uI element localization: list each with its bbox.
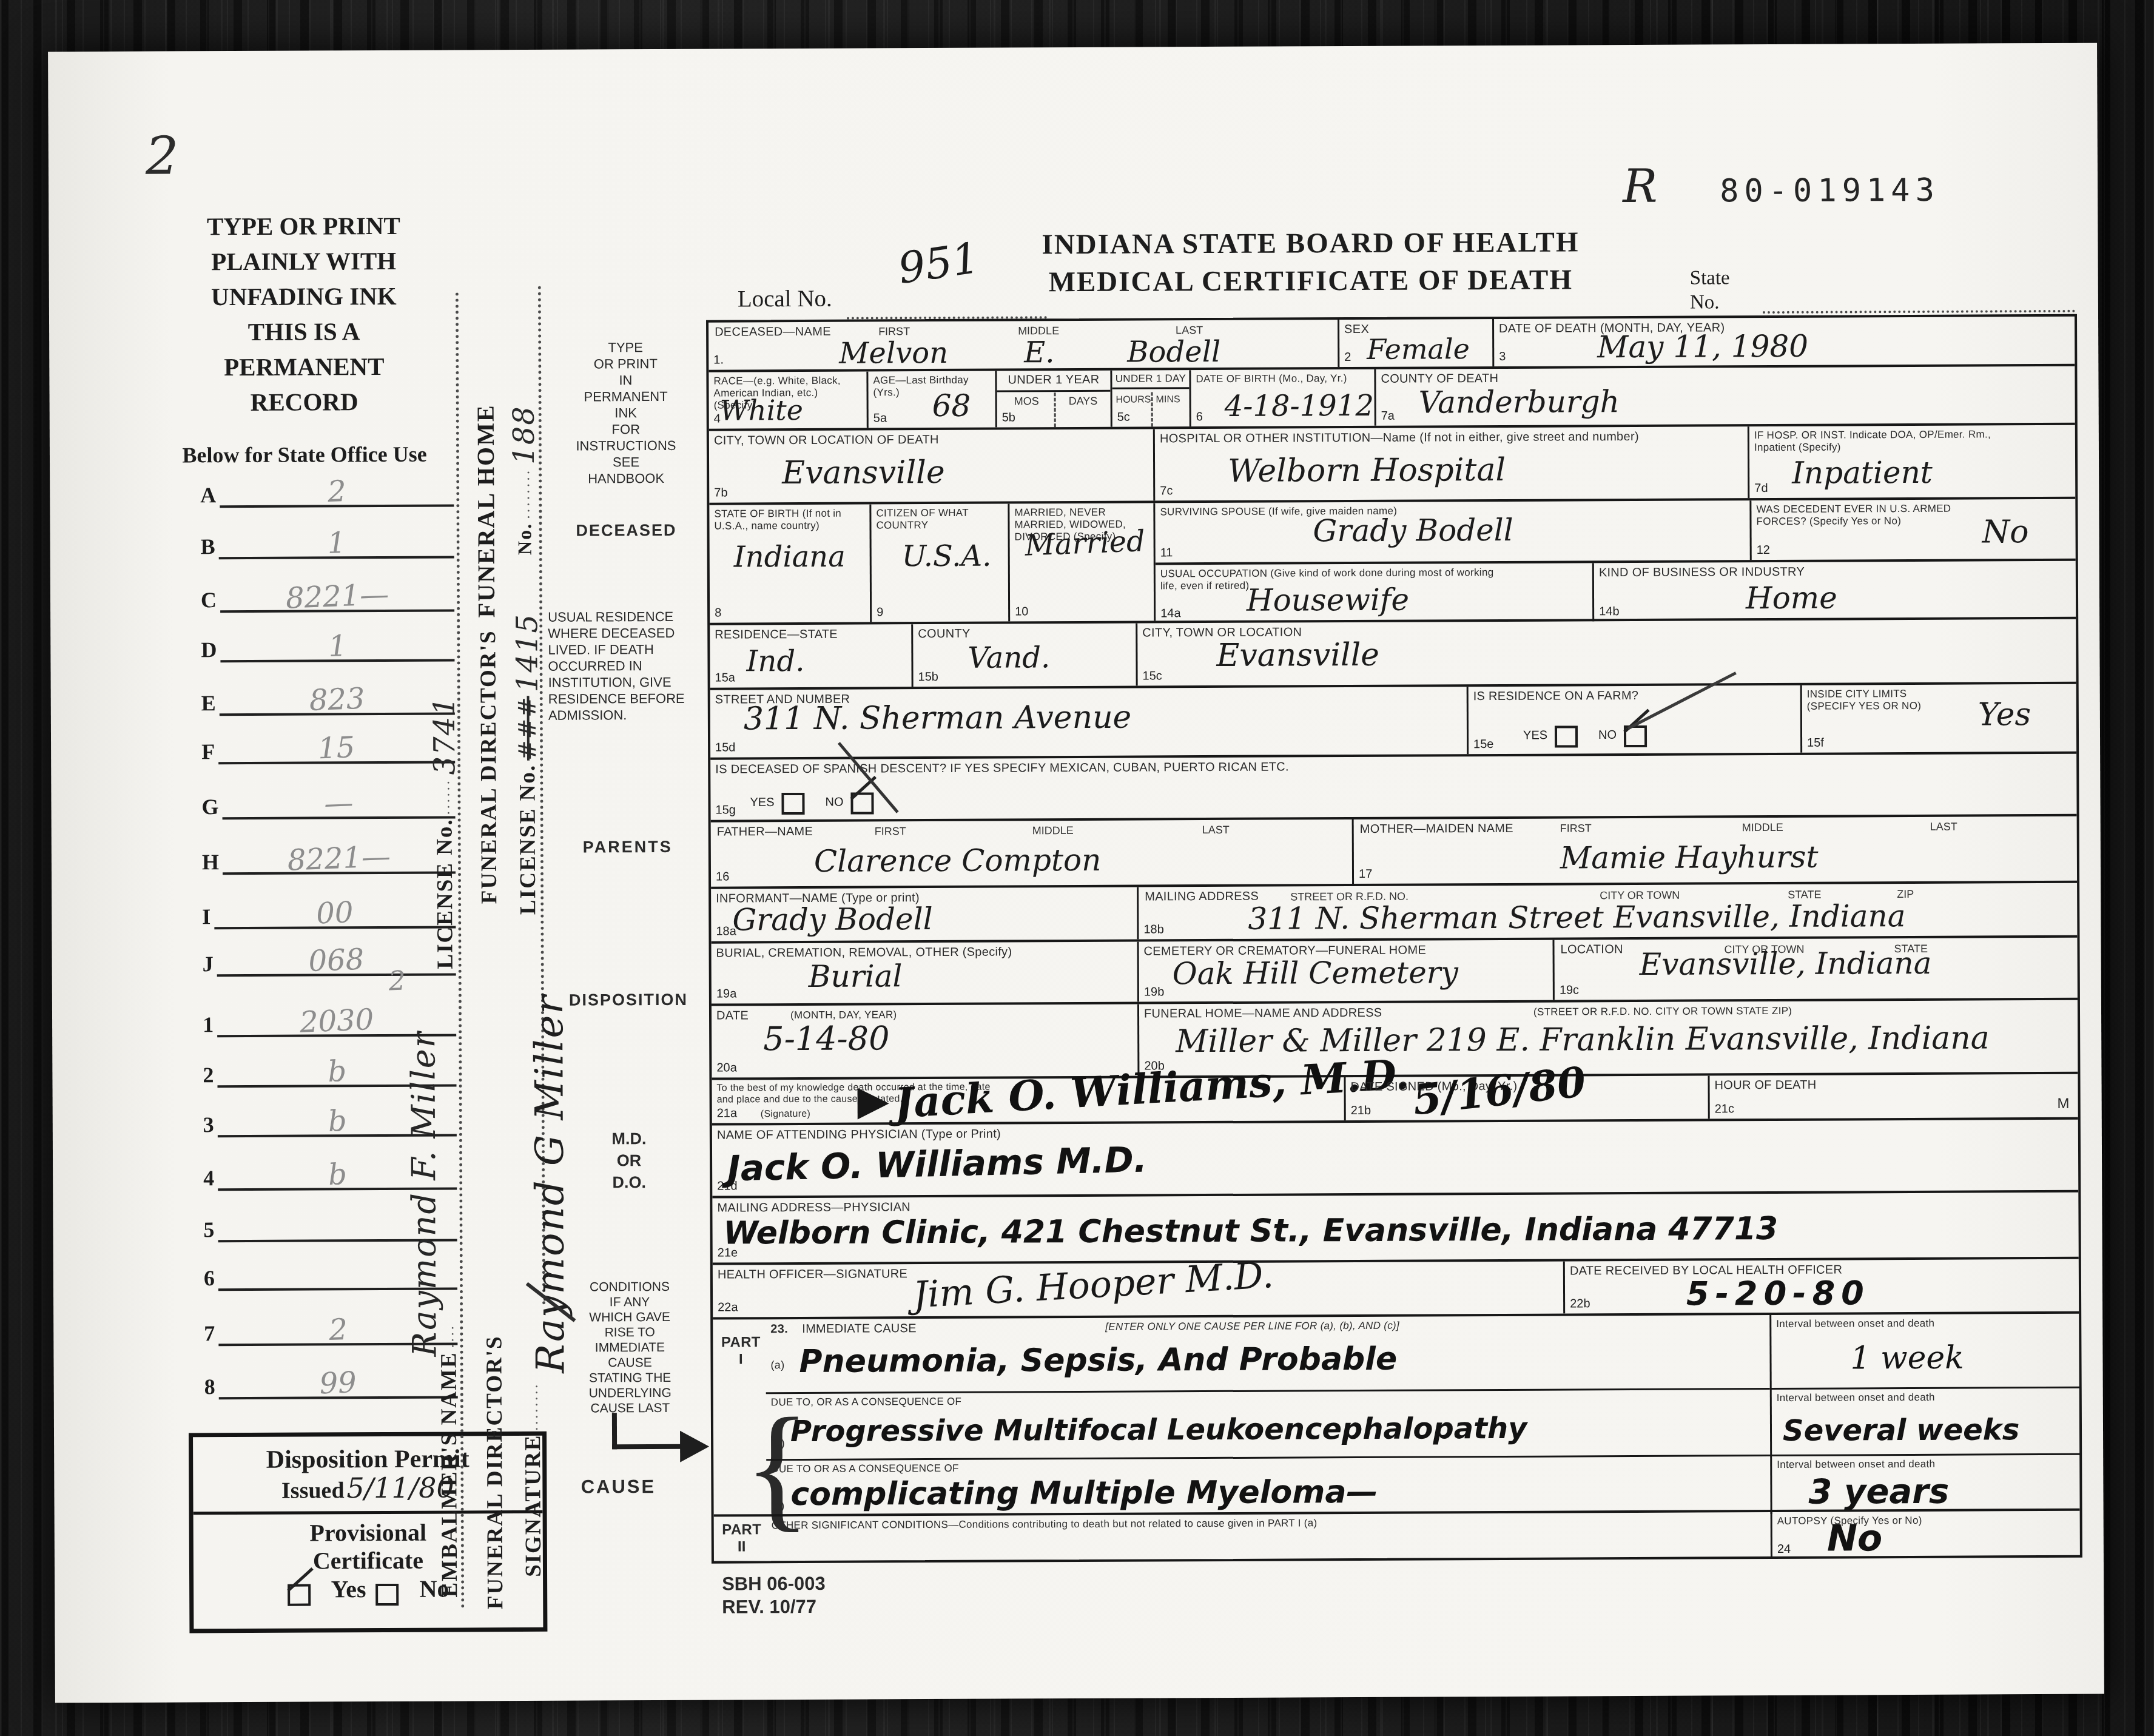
row-part-two: PART II OTHER SIGNIFICANT CONDITIONS—Con… [714, 1509, 2080, 1564]
certificate-paper: 2 TYPE OR PRINT PLAINLY WITH UNFADING IN… [48, 43, 2104, 1703]
provisional-yes-checkbox [288, 1584, 311, 1606]
row-race-age: RACE—(e.g. White, Black, American Indian… [708, 364, 2075, 429]
row-personal: STATE OF BIRTH (If not in U.S.A., name c… [709, 497, 2076, 623]
field-inside-city-limits: INSIDE CITY LIMITS (SPECIFY YES OR NO) 1… [1800, 684, 2076, 753]
certificate-form: DECEASED—NAME FIRST MIDDLE LAST 1. Melvo… [706, 314, 2082, 1564]
field-immediate-cause: 23. IMMEDIATE CAUSE [ENTER ONLY ONE CAUS… [766, 1315, 1770, 1392]
field-surviving-spouse: SURVIVING SPOUSE (If wife, give maiden n… [1155, 500, 1749, 562]
field-industry: KIND OF BUSINESS OR INDUSTRY 14b Home [1592, 561, 2078, 621]
section-label-deceased: DECEASED [552, 521, 700, 540]
field-due-to-b: DUE TO, OR AS A CONSEQUENCE OF (b) Progr… [766, 1388, 1770, 1461]
field-health-officer-signature: HEALTH OFFICER—SIGNATURE 22a Jim G. Hoop… [713, 1262, 1563, 1317]
row-certification: To the best of my knowledge death occurr… [712, 1072, 2078, 1123]
section-label-cause: CAUSE [551, 1476, 685, 1498]
field-date-of-birth: DATE OF BIRTH (Mo., Day, Yr.) 6 4-18-191… [1189, 369, 1374, 426]
field-interval-b: Interval between onset and death Several… [1770, 1387, 2081, 1456]
farm-no-checkbox [1624, 725, 1647, 747]
field-street-number: STREET AND NUMBER 15d 311 N. Sherman Ave… [710, 687, 1467, 757]
field-hospital: HOSPITAL OR OTHER INSTITUTION—Name (If n… [1153, 426, 1748, 500]
usual-residence-note: USUAL RESIDENCE WHERE DECEASED LIVED. IF… [548, 608, 705, 724]
field-residence-state: RESIDENCE—STATE 15a Ind. [710, 624, 911, 687]
field-race: RACE—(e.g. White, Black, American Indian… [708, 372, 866, 429]
funeral-director-license-strip: LICENSE No. ### 1415 [513, 599, 543, 929]
state-office-row-d: D1 [201, 617, 454, 662]
part-two-label: PART II [718, 1521, 766, 1556]
field-under-one-year: UNDER 1 YEAR MOS DAYS 5b [995, 371, 1110, 428]
field-informant-address: MAILING ADDRESS STREET OR R.F.D. NO. CIT… [1137, 883, 2077, 940]
row-disposition: BURIAL, CREMATION, REMOVAL, OTHER (Speci… [711, 935, 2077, 1004]
type-print-instructions: TYPE OR PRINT IN PERMANENT INK FOR INSTR… [551, 339, 700, 487]
field-usual-occupation: USUAL OCCUPATION (Give kind of work done… [1156, 563, 1592, 623]
field-disposition-method: BURIAL, CREMATION, REMOVAL, OTHER (Speci… [712, 942, 1137, 1004]
state-office-row-i: I00 [202, 884, 456, 929]
notice-line: PERMANENT [140, 348, 468, 385]
field-hour-of-death: HOUR OF DEATH 21c M [1708, 1074, 2078, 1119]
spanish-no-checkbox [850, 792, 873, 814]
underlying-cause-arrowhead [680, 1431, 709, 1462]
certificate-title-line2: MEDICAL CERTIFICATE OF DEATH [862, 263, 1760, 299]
field-date-signed: DATE SIGNED (Mo., Day, Yr.) 21b 5/16/80 [1344, 1075, 1708, 1120]
field-city-of-death: CITY, TOWN OR LOCATION OF DEATH 7b Evans… [709, 429, 1154, 502]
funeral-home-number: No. ........ 188 [509, 347, 539, 614]
field-state-of-birth: STATE OF BIRTH (If not in U.S.A., name c… [709, 504, 870, 622]
state-office-row-g: G— [201, 775, 455, 819]
section-label-parents: PARENTS [554, 838, 702, 857]
conditions-note: CONDITIONS IF ANY WHICH GAVE RISE TO IMM… [559, 1279, 701, 1416]
field-due-to-c: DUE TO OR AS A CONSEQUENCE OF (c) compli… [766, 1455, 1770, 1518]
personal-right-block: SURVIVING SPOUSE (If wife, give maiden n… [1153, 499, 2076, 621]
field-interval-c: Interval between onset and death 3 years [1770, 1453, 2081, 1514]
field-cemetery: CEMETERY OR CREMATORY—FUNERAL HOME 19b O… [1137, 940, 1552, 1002]
field-physician-address: MAILING ADDRESS—PHYSICIAN 21e Welborn Cl… [712, 1193, 2078, 1263]
row-spanish-descent: IS DECEASED OF SPANISH DESCENT? IF YES S… [710, 752, 2076, 820]
field-armed-forces: WAS DECEDENT EVER IN U.S. ARMED FORCES? … [1749, 499, 2077, 560]
state-office-row-f: F15 [201, 719, 455, 764]
form-number: SBH 06-003 REV. 10/77 [722, 1572, 826, 1619]
field-date-received: DATE RECEIVED BY LOCAL HEALTH OFFICER 22… [1563, 1259, 2079, 1314]
state-office-row-a: A2 [200, 463, 454, 508]
notice-line: TYPE OR PRINT [140, 207, 467, 244]
row-parents: FATHER—NAME FIRST MIDDLE LAST 16 Clarenc… [711, 814, 2077, 887]
field-county-of-death: COUNTY OF DEATH 7a Vanderburgh [1374, 366, 2075, 426]
field-disposition-date: DATE (MONTH, DAY, YEAR) 20a 5-14-80 [712, 1004, 1138, 1078]
underlying-cause-arrow-shaft [612, 1444, 684, 1450]
row-place-of-death: CITY, TOWN OR LOCATION OF DEATH 7b Evans… [709, 423, 2076, 503]
field-other-significant-conditions: OTHER SIGNIFICANT CONDITIONS—Conditions … [767, 1512, 1771, 1563]
field-interval-a: Interval between onset and death 1 week [1769, 1314, 2081, 1388]
field-date-of-death: DATE OF DEATH (MONTH, DAY, YEAR) 3 May 1… [1492, 317, 2075, 366]
provisional-yes-label: Yes [331, 1575, 366, 1603]
part-one-label: PART I [716, 1334, 765, 1368]
row-physician-address: MAILING ADDRESS—PHYSICIAN 21e Welborn Cl… [712, 1190, 2078, 1263]
notice-line: THIS IS A [140, 313, 468, 349]
state-office-row-e: E823 [201, 671, 455, 716]
state-no-line [1763, 310, 2075, 314]
field-mother-name: MOTHER—MAIDEN NAME FIRST MIDDLE LAST 17 … [1352, 816, 2077, 884]
local-no-label: Local No. [738, 285, 832, 313]
provisional-label: Provisional [309, 1519, 426, 1547]
farm-yes-checkbox [1555, 725, 1578, 747]
certificate-title-line1: INDIANA STATE BOARD OF HEALTH [861, 225, 1759, 261]
scanned-death-certificate: 2 TYPE OR PRINT PLAINLY WITH UNFADING IN… [0, 0, 2154, 1736]
row-health-officer: HEALTH OFFICER—SIGNATURE 22a Jim G. Hoop… [713, 1257, 2079, 1317]
permit-issued-label: Issued [281, 1478, 345, 1503]
notice-line: UNFADING INK [140, 278, 468, 314]
field-sex: SEX 2 Female [1338, 319, 1492, 367]
section-label-disposition: DISPOSITION [550, 991, 707, 1010]
field-certifier-signature: To the best of my knowledge death occurr… [712, 1077, 1344, 1123]
embalmer-name-strip: EMBALMER'S NAME .... [436, 1281, 463, 1639]
field-father-name: FATHER—NAME FIRST MIDDLE LAST 16 Clarenc… [711, 819, 1352, 887]
field-deceased-name: DECEASED—NAME FIRST MIDDLE LAST 1. Melvo… [708, 320, 1338, 370]
state-office-row-h: H8221— [202, 830, 456, 875]
funeral-director-upper-label: FUNERAL DIRECTOR'S [475, 599, 502, 935]
provisional-no-checkbox [376, 1584, 399, 1606]
field-disposition-location: LOCATION CITY OR TOWN STATE 19c Evansvil… [1552, 938, 2077, 1000]
field-marital-status: MARRIED, NEVER MARRIED, WIDOWED, DIVORCE… [1008, 503, 1154, 621]
row-street: STREET AND NUMBER 15d 311 N. Sherman Ave… [710, 682, 2076, 758]
notice-line: RECORD [140, 383, 468, 420]
field-under-one-day: UNDER 1 DAY HOURS MINS 5c [1110, 370, 1189, 427]
cause-of-death-block: PART I { 23. IMMEDIATE CAUSE [ENTER ONLY… [713, 1311, 2079, 1515]
field-citizen: CITIZEN OF WHAT COUNTRY 9 U.S.A. [869, 503, 1008, 622]
field-spanish-descent: IS DECEASED OF SPANISH DESCENT? IF YES S… [710, 754, 2076, 820]
certificate-label: Certificate [313, 1547, 423, 1575]
state-office-row-c: C8221— [201, 568, 454, 613]
permanent-record-notice: TYPE OR PRINT PLAINLY WITH UNFADING INK … [140, 207, 468, 420]
spanish-yes-checkbox [781, 793, 804, 815]
field-attending-physician: NAME OF ATTENDING PHYSICIAN (Type or Pri… [712, 1120, 2078, 1196]
signature-pen-arrow [858, 1088, 889, 1119]
field-autopsy: AUTOPSY (Specify Yes or No) 24 No [1771, 1511, 2080, 1559]
field-residence-city: CITY, TOWN OR LOCATION 15c Evansville [1136, 619, 2076, 686]
row-informant: INFORMANT—NAME (Type or print) 18a Grady… [711, 881, 2077, 941]
signature-strip: SIGNATURE ........ [519, 1314, 547, 1645]
state-file-number: 80-019143 [1720, 172, 1940, 210]
field-hospital-status: IF HOSP. OR INST. Indicate DOA, OP/Emer.… [1748, 425, 2076, 498]
notice-line: PLAINLY WITH [140, 243, 467, 279]
state-office-row-b: B1 [200, 514, 454, 559]
row-deceased-name: DECEASED—NAME FIRST MIDDLE LAST 1. Melvo… [708, 317, 2075, 370]
corner-pencil-mark: 2 [146, 130, 179, 182]
funeral-director-lower-label: FUNERAL DIRECTOR'S [481, 1314, 508, 1630]
registrar-mark: R [1623, 163, 1658, 209]
field-residence-county: COUNTY 15b Vand. [911, 624, 1136, 687]
field-informant: INFORMANT—NAME (Type or print) 18a Grady… [711, 887, 1137, 941]
section-label-md-do: M.D. OR D.O. [555, 1128, 703, 1194]
state-no-label: State No. [1690, 266, 1730, 314]
row-residence: RESIDENCE—STATE 15a Ind. COUNTY 15b Vand… [710, 617, 2076, 688]
row-physician: NAME OF ATTENDING PHYSICIAN (Type or Pri… [712, 1117, 2079, 1196]
field-residence-farm: IS RESIDENCE ON A FARM? 15e YES NO [1467, 685, 1800, 754]
field-age: AGE—Last Birthday (Yrs.) 5a 68 [866, 371, 995, 428]
